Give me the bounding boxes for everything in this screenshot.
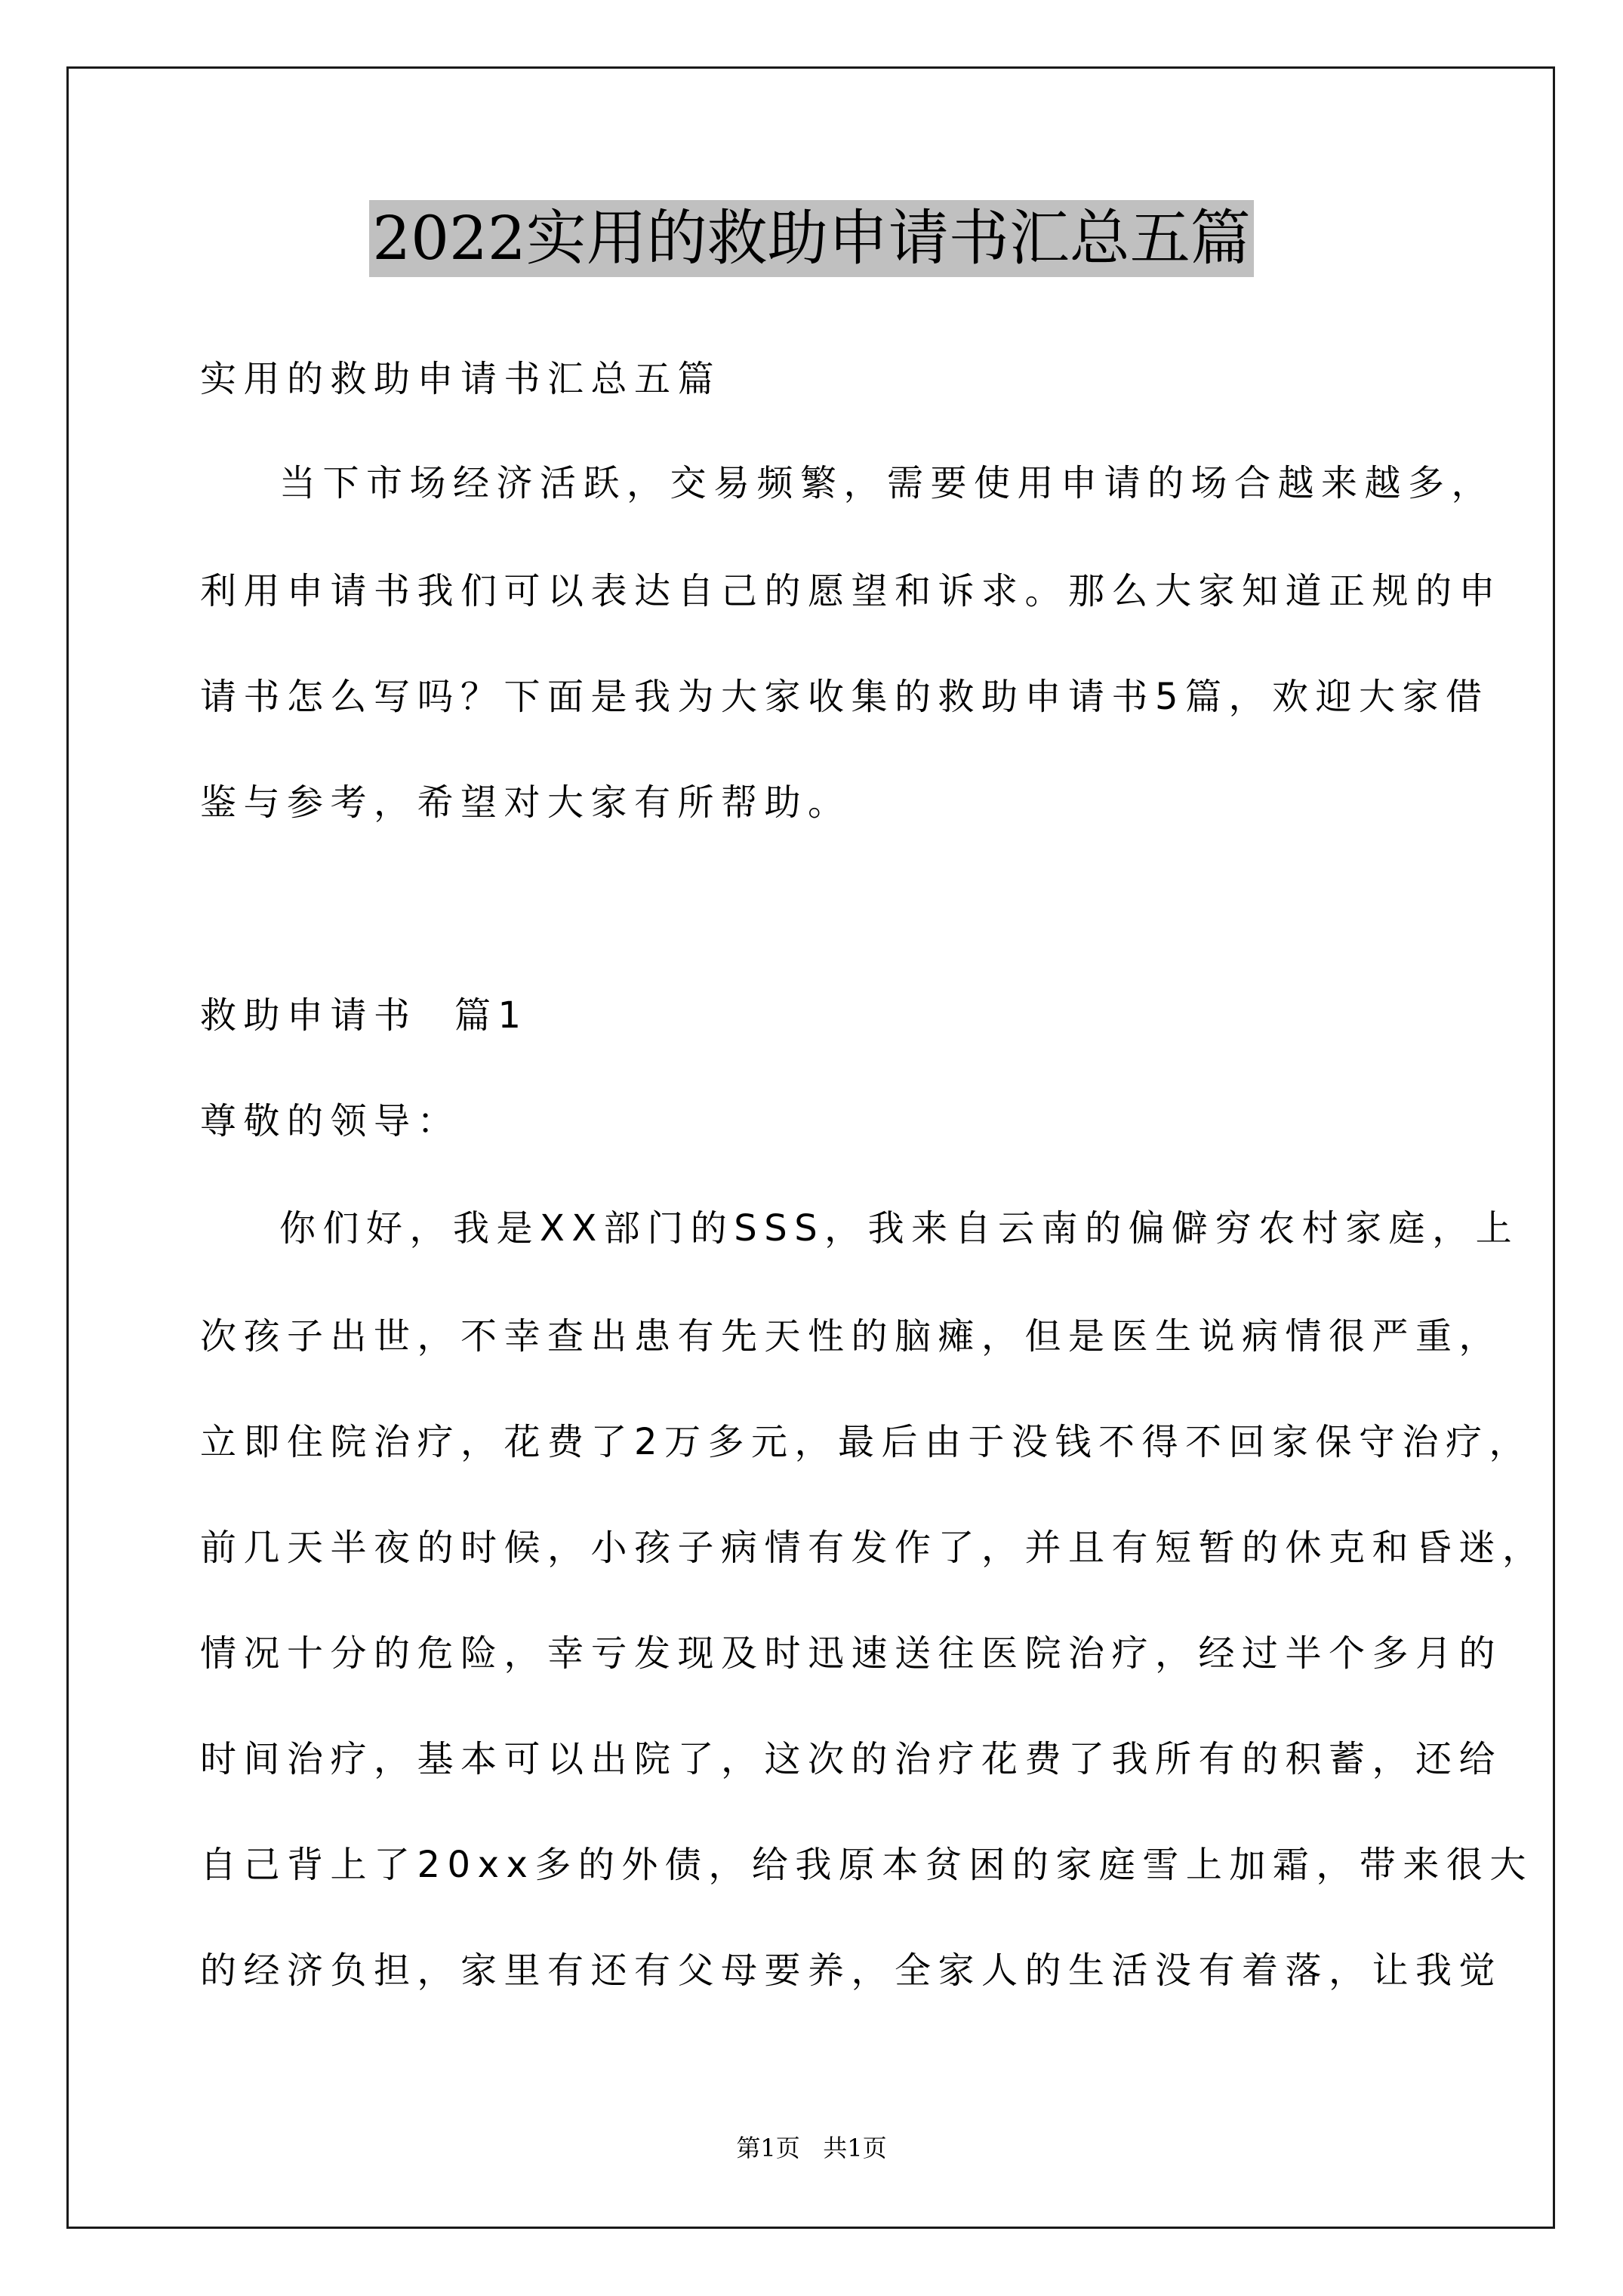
title-container: 2022实用的救助申请书汇总五篇 [0, 200, 1623, 277]
document-title: 2022实用的救助申请书汇总五篇 [369, 200, 1254, 277]
body-line: 时间治疗，基本可以出院了，这次的治疗花费了我所有的积蓄，还给 [200, 1737, 1502, 1782]
body-line: 你们好，我是XX部门的SSS，我来自云南的偏僻穷农村家庭，上 [279, 1206, 1519, 1251]
body-line: 自己背上了20xx多的外债，给我原本贫困的家庭雪上加霜，带来很大 [200, 1842, 1533, 1888]
body-line: 次孩子出世，不幸查出患有先天性的脑瘫，但是医生说病情很严重， [200, 1314, 1502, 1359]
body-line: 的经济负担，家里有还有父母要养，全家人的生活没有着落，让我觉 [200, 1948, 1502, 1993]
body-line: 前几天半夜的时候，小孩子病情有发作了，并且有短暂的休克和昏迷， [200, 1525, 1546, 1570]
intro-line: 利用申请书我们可以表达自己的愿望和诉求。那么大家知道正规的申 [200, 569, 1502, 614]
body-line: 情况十分的危险，幸亏发现及时迅速送往医院治疗，经过半个多月的 [200, 1631, 1502, 1676]
body-line: 立即住院治疗，花费了2万多元，最后由于没钱不得不回家保守治疗， [200, 1419, 1532, 1465]
intro-line: 当下市场经济活跃，交易频繁，需要使用申请的场合越来越多， [279, 461, 1495, 506]
intro-line: 鉴与参考，希望对大家有所帮助。 [200, 780, 852, 825]
subtitle: 实用的救助申请书汇总五篇 [200, 356, 721, 402]
salutation: 尊敬的领导： [200, 1099, 460, 1144]
section-heading: 救助申请书 篇1 [200, 993, 528, 1038]
intro-line: 请书怎么写吗？下面是我为大家收集的救助申请书5篇，欢迎大家借 [200, 674, 1489, 720]
page-footer: 第1页 共1页 [0, 2129, 1623, 2164]
